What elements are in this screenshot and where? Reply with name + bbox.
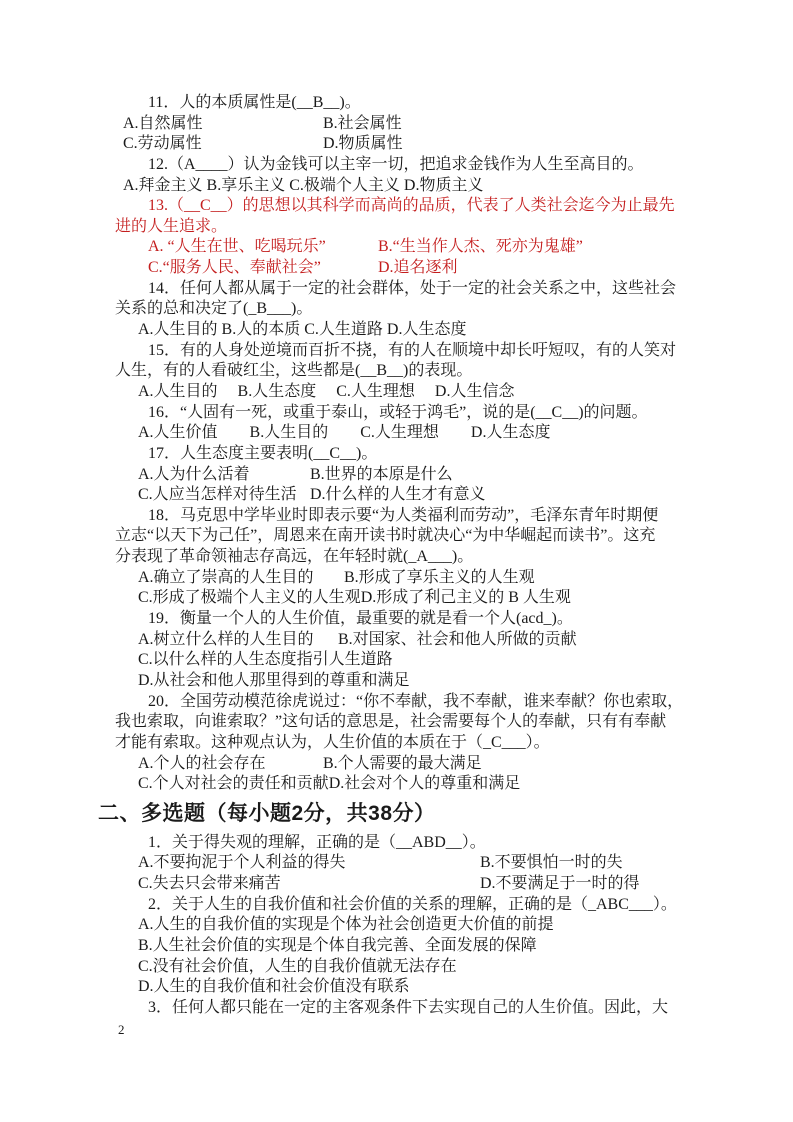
option-c: C.个人对社会的责任和贡献 [138,774,329,795]
q20-stem-line-1: 20．全国劳动模范徐虎说过：“你不奉献，我不奉献，谁来奉献？你也索取， [115,692,681,713]
m2-stem: 2．关于人生的自我价值和社会价值的关系的理解，正确的是（_ABC___）。 [115,895,681,916]
option-a: A.人为什么活着 [138,465,310,486]
q17-stem: 17．人生态度主要表明(__C__)。 [115,444,681,465]
option-d: D.追名逐利 [378,259,458,276]
option-c: C.形成了极端个人主义的人生观 [138,588,361,609]
q17-options-row-2: C.人应当怎样对待生活D.什么样的人生才有意义 [115,485,681,506]
multi-choice-section-heading: 二、多选题（每小题2分，共38分） [98,795,681,833]
page-number: 2 [118,1022,125,1038]
option-c: C.劳动属性 [123,134,323,155]
option-a: A. “人生在世、吃喝玩乐” [148,237,378,258]
q15-stem-line-2: 人生，有的人看破红尘，这些都是(__B__)的表现。 [115,361,681,382]
q17-options-row-1: A.人为什么活着B.世界的本原是什么 [115,465,681,486]
q19-option-d: D.从社会和他人那里得到的尊重和满足 [115,671,681,692]
option-a: A.树立什么样的人生目的 [138,630,338,651]
q18-stem-line-2: 立志“以天下为己任”，周恩来在南开读书时就决心“为中华崛起而读书”。这充 [115,526,681,547]
q13-options-row-1: A. “人生在世、吃喝玩乐”B.“生当作人杰、死亦为鬼雄” [115,237,681,258]
option-c: C.“服务人民、奉献社会” [148,258,378,279]
q18-stem-line-1: 18．马克思中学毕业时即表示要“为人类福利而劳动”，毛泽东青年时期便 [115,506,681,527]
q14-options: A.人生目的 B.人的本质 C.人生道路 D.人生态度 [115,320,681,341]
exam-page: { "colors": { "answer_red": "#c41e1e", "… [0,0,793,1122]
option-b: B.“生当作人杰、死亦为鬼雄” [378,238,583,255]
option-a: A.自然属性 [123,114,323,135]
option-b: B.社会属性 [323,115,402,132]
option-d: D.不要满足于一时的得 [480,875,640,892]
option-a: A.个人的社会存在 [138,754,323,775]
m1-options-row-1: A.不要拘泥于个人利益的得失B.不要惧怕一时的失 [115,853,681,874]
q18-options-row-1: A.确立了崇高的人生目的B.形成了享乐主义的人生观 [115,568,681,589]
q13-options-row-2: C.“服务人民、奉献社会”D.追名逐利 [115,258,681,279]
q18-options-row-2: C.形成了极端个人主义的人生观D.形成了利己主义的 B 人生观 [115,588,681,609]
q11-options-row-2: C.劳动属性D.物质属性 [115,134,681,155]
page-content: 11．人的本质属性是(__B__)。 A.自然属性B.社会属性 C.劳动属性D.… [115,93,681,1019]
option-c: C.失去只会带来痛苦 [138,874,480,895]
q11-stem: 11．人的本质属性是(__B__)。 [115,93,681,114]
m1-options-row-2: C.失去只会带来痛苦D.不要满足于一时的得 [115,874,681,895]
m3-stem-line-1: 3．任何人都只能在一定的主客观条件下去实现自己的人生价值。因此，大 [115,998,681,1019]
m2-option-c: C.没有社会价值，人生的自我价值就无法存在 [115,957,681,978]
q13-stem-line-2: 进的人生追求。 [115,217,681,238]
q12-stem: 12.（A____）认为金钱可以主宰一切，把追求金钱作为人生至高目的。 [115,155,681,176]
single-choice-section: 11．人的本质属性是(__B__)。 A.自然属性B.社会属性 C.劳动属性D.… [115,93,681,795]
option-a: A.确立了崇高的人生目的 [138,568,344,589]
q14-stem-line-1: 14．任何人都从属于一定的社会群体，处于一定的社会关系之中，这些社会 [115,279,681,300]
option-b: B.形成了享乐主义的人生观 [344,569,535,586]
option-d: D.什么样的人生才有意义 [310,486,486,503]
option-d: D.物质属性 [323,135,403,152]
q19-stem: 19．衡量一个人的人生价值，最重要的就是看一个人(acd_)。 [115,609,681,630]
q11-options-row-1: A.自然属性B.社会属性 [115,114,681,135]
option-a: A.不要拘泥于个人利益的得失 [138,853,480,874]
q13-stem-line-1: 13.（__C__）的思想以其科学而高尚的品质，代表了人类社会迄今为止最先 [115,196,681,217]
option-c: C.人应当怎样对待生活 [138,485,310,506]
q16-stem: 16．“人固有一死，或重于泰山，或轻于鸿毛”，说的是(__C__)的问题。 [115,403,681,424]
option-d: D.社会对个人的尊重和满足 [329,775,521,792]
m2-option-b: B.人生社会价值的实现是个体自我完善、全面发展的保障 [115,936,681,957]
m2-option-a: A.人生的自我价值的实现是个体为社会创造更大价值的前提 [115,915,681,936]
q16-options: A.人生价值 B.人生目的 C.人生理想 D.人生态度 [115,423,681,444]
q20-stem-line-2: 我也索取，向谁索取？”这句话的意思是，社会需要每个人的奉献，只有有奉献 [115,712,681,733]
m1-stem: 1．关于得失观的理解，正确的是（__ABD__）。 [115,833,681,854]
option-b: B.个人需要的最大满足 [323,755,482,772]
q18-stem-line-3: 分表现了革命领袖志存高远，在年轻时就(_A___)。 [115,547,681,568]
q19-options-row-1: A.树立什么样的人生目的B.对国家、社会和他人所做的贡献 [115,630,681,651]
q19-option-c: C.以什么样的人生态度指引人生道路 [115,650,681,671]
q14-stem-line-2: 关系的总和决定了(_B___)。 [115,299,681,320]
option-b: B.对国家、社会和他人所做的贡献 [338,631,577,648]
q15-options: A.人生目的 B.人生态度 C.人生理想 D.人生信念 [115,382,681,403]
q12-options: A.拜金主义 B.享乐主义 C.极端个人主义 D.物质主义 [115,176,681,197]
q15-stem-line-1: 15．有的人身处逆境而百折不挠，有的人在顺境中却长吁短叹，有的人笑对 [115,341,681,362]
option-d: D.形成了利己主义的 B 人生观 [361,589,571,606]
q20-options-row-1: A.个人的社会存在B.个人需要的最大满足 [115,754,681,775]
q20-options-row-2: C.个人对社会的责任和贡献D.社会对个人的尊重和满足 [115,774,681,795]
multi-choice-section: 二、多选题（每小题2分，共38分） 1．关于得失观的理解，正确的是（__ABD_… [115,795,681,1019]
option-b: B.世界的本原是什么 [310,466,453,483]
m2-option-d: D.人生的自我价值和社会价值没有联系 [115,977,681,998]
option-b: B.不要惧怕一时的失 [480,854,623,871]
q20-stem-line-3: 才能有索取。这种观点认为，人生价值的本质在于（_C___）。 [115,733,681,754]
